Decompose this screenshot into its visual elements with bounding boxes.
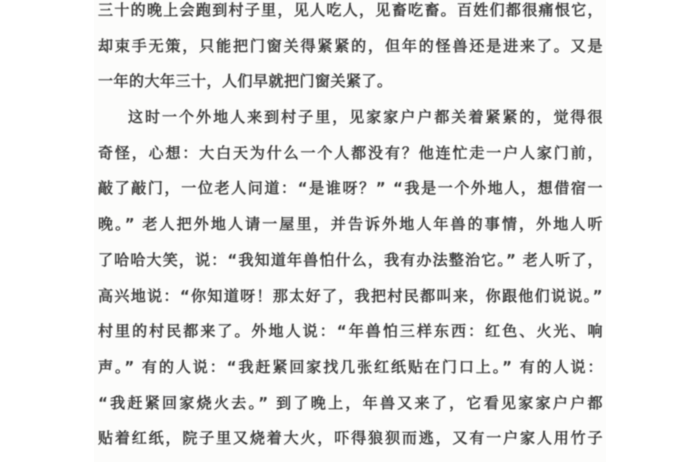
text-line: 奇怪，心想：大白天为什么一个人都没有？他连忙走一户人家门前， — [98, 136, 603, 172]
text-line: 贴着红纸，院子里又烧着大火，吓得狼狈而逃，又有一户家人用竹子 — [98, 421, 603, 457]
text-line: 却束手无策，只能把门窗关得紧紧的，但年的怪兽还是进来了。又是 — [98, 29, 603, 65]
text-line: 晚。” 老人把外地人请一屋里，并告诉外地人年兽的事情，外地人听 — [98, 207, 603, 243]
text-line: “我赶紧回家烧火去。” 到了晚上，年兽又来了，它看见家家户户都 — [98, 386, 603, 422]
text-line: 高兴地说：“你知道呀！那太好了，我把村民都叫来，你跟他们说说。” — [98, 279, 603, 315]
text-line: 村里的村民都来了。外地人说：“年兽怕三样东西：红色、火光、响 — [98, 314, 603, 350]
text-line: 了哈哈大笑，说：“我知道年兽怕什么，我有办法整治它。” 老人听了， — [98, 243, 603, 279]
text-line: 一年的大年三十，人们早就把门窗关紧了。 — [98, 64, 603, 100]
scanned-page: 三十的晚上会跑到村子里，见人吃人，见畜吃畜。百姓们都很痛恨它，却束手无策，只能把… — [0, 0, 700, 470]
text-line: 声。” 有的人说：“我赶紧回家找几张红纸贴在门口上。” 有的人说： — [98, 350, 603, 386]
text-line: 三十的晚上会跑到村子里，见人吃人，见畜吃畜。百姓们都很痛恨它， — [98, 0, 603, 29]
text-line: 敲了敲门，一位老人问道：“是谁呀？” “我是一个外地人，想借宿一 — [98, 171, 603, 207]
page-text: 三十的晚上会跑到村子里，见人吃人，见畜吃畜。百姓们都很痛恨它，却束手无策，只能把… — [98, 0, 603, 457]
text-line: 这时一个外地人来到村子里，见家家户户都关着紧紧的，觉得很 — [98, 100, 603, 136]
